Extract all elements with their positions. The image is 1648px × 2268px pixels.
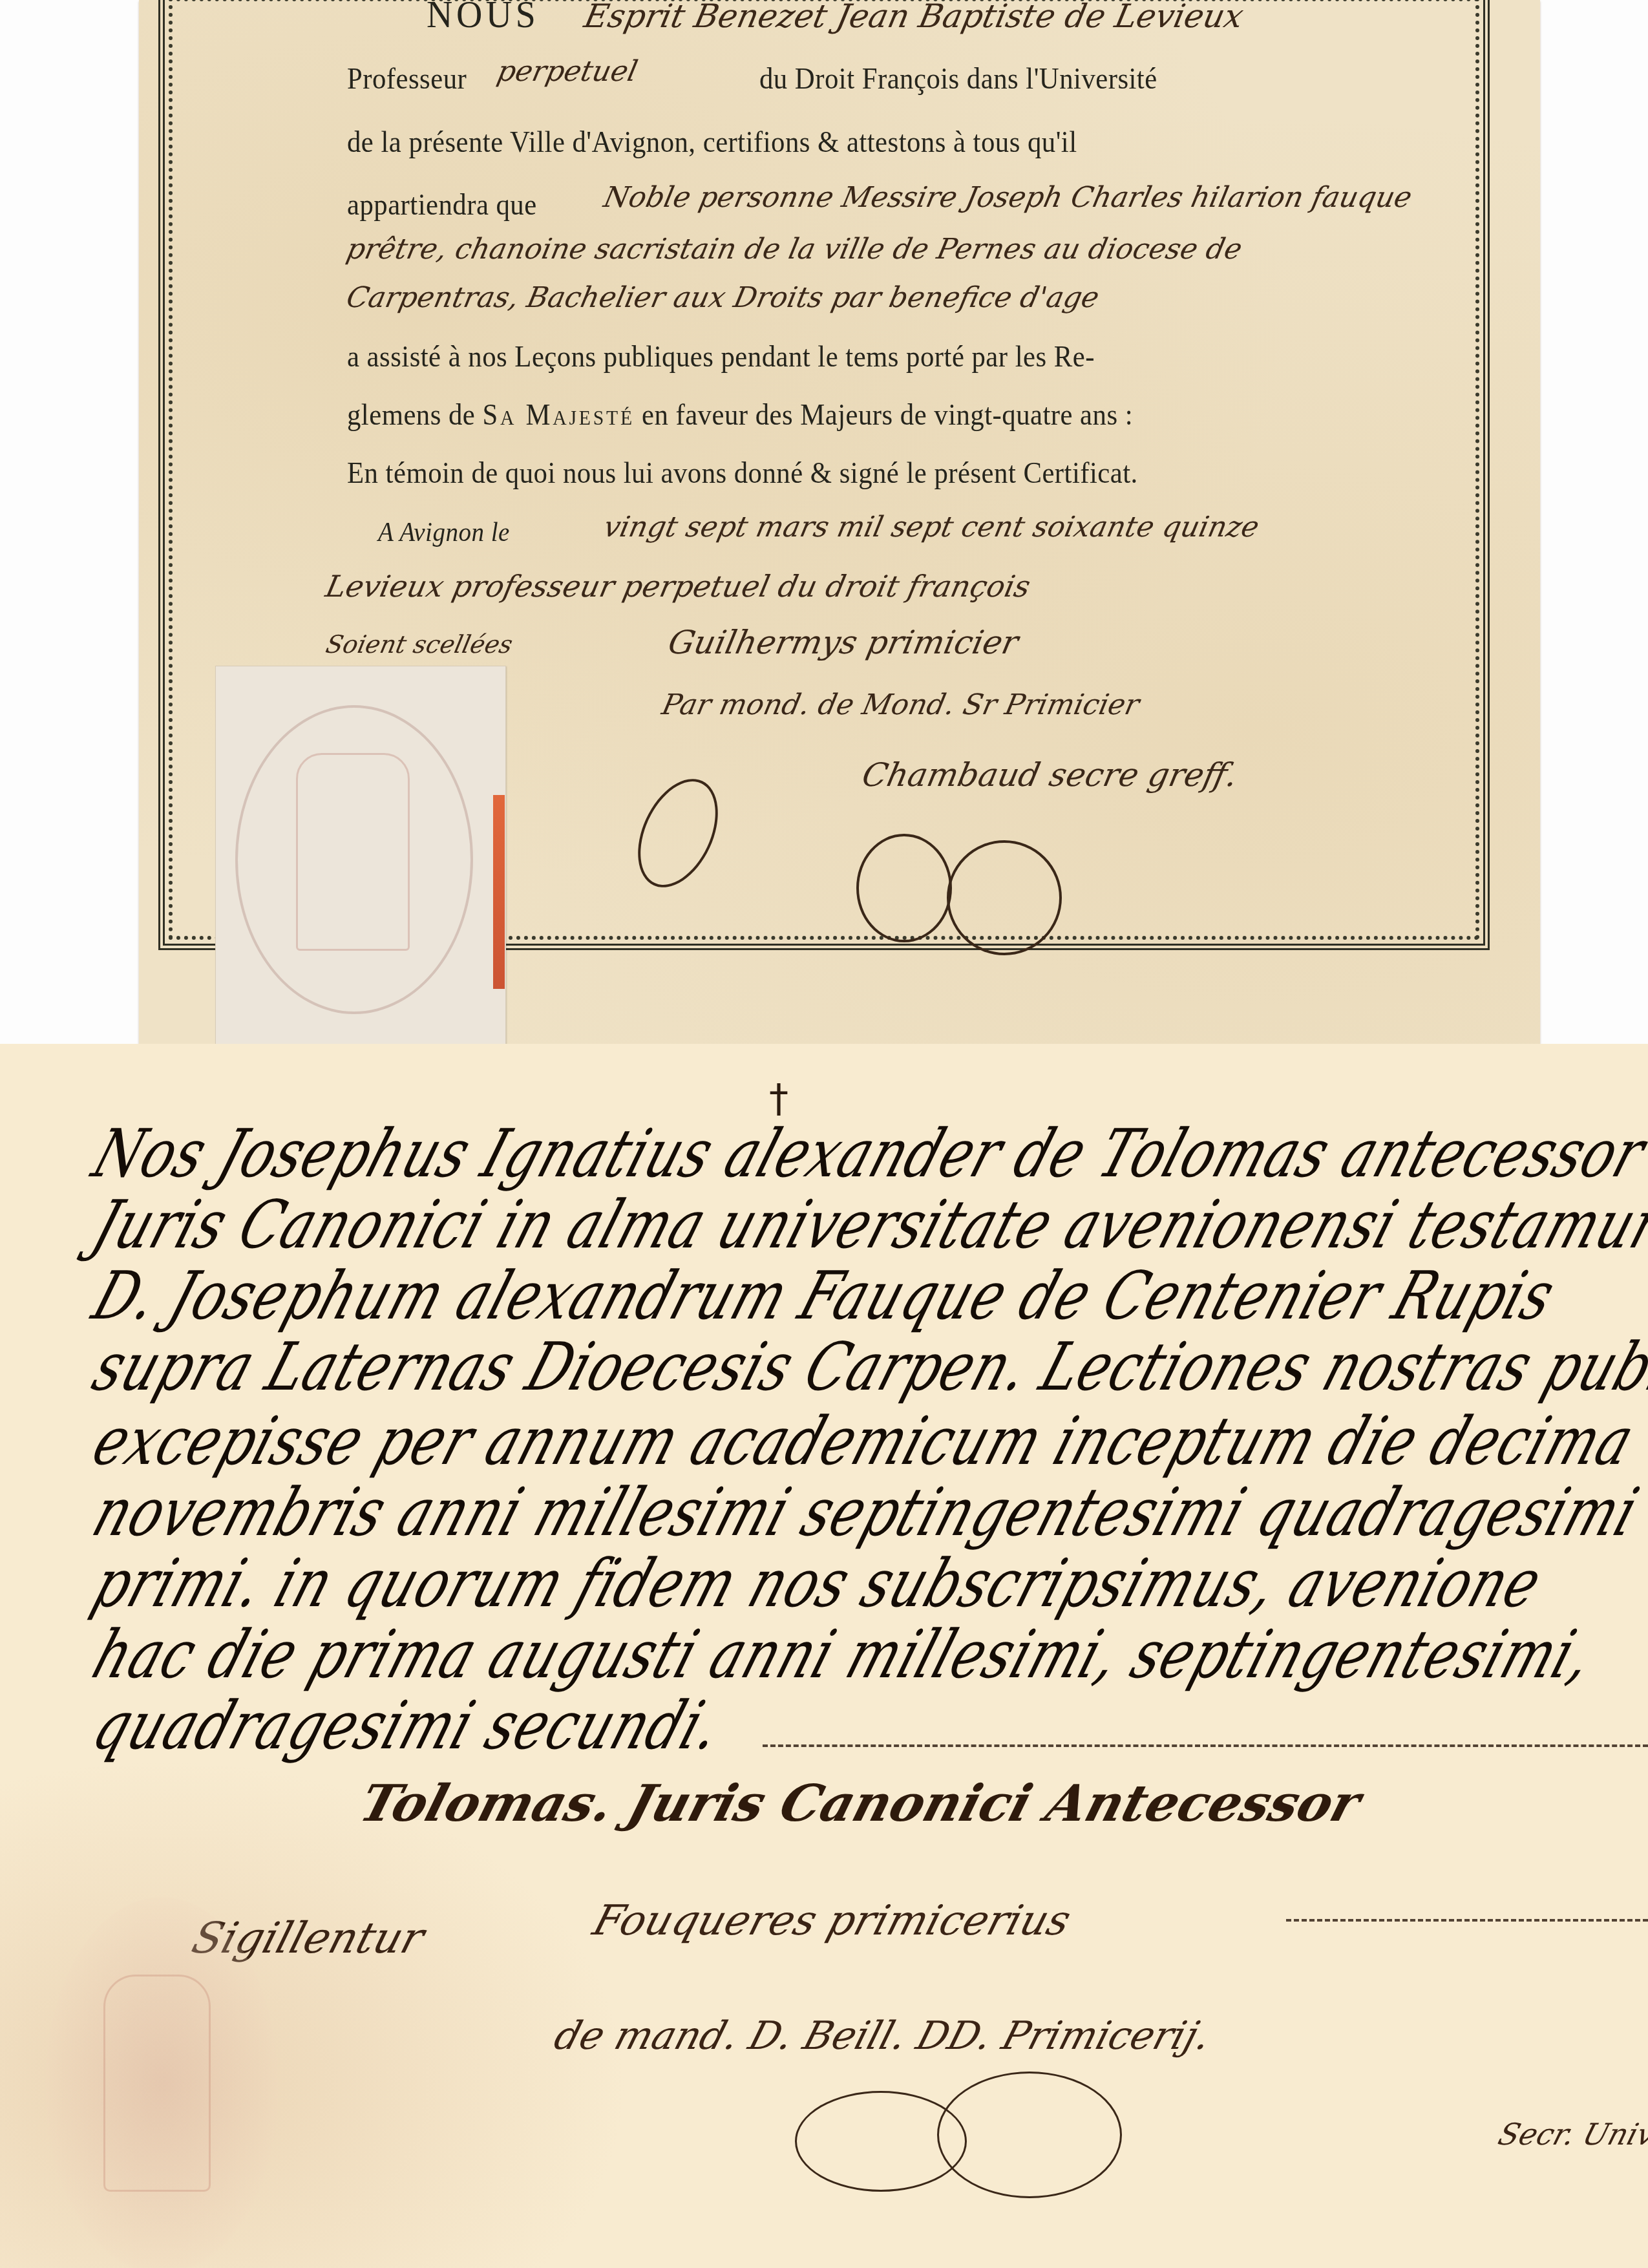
printed-line-8: En témoin de quoi nous lui avons donné &…	[347, 456, 1138, 490]
latin-line-9: quadragesimi secundi.	[84, 1688, 731, 1765]
signature-levieux: Levieux professeur perpetuel du droit fr…	[322, 569, 1033, 604]
line-filler-flourish	[1286, 1916, 1648, 1922]
handwritten-professor-name: Esprit Benezet Jean Baptiste de Levieux	[581, 0, 1247, 35]
signature-guilhermys: Guilhermys primicier	[665, 624, 1022, 661]
handwritten-line-4: prêtre, chanoine sacristain de la ville …	[344, 233, 1245, 266]
latin-line-4: supra Laternas Dioecesis Carpen. Lection…	[84, 1329, 1648, 1406]
note-de-mandato: de mand. D. Beill. DD. Primicerij.	[549, 2013, 1216, 2059]
note-secretary: Secr. Univ.	[1494, 2117, 1648, 2152]
latin-line-7: primi. in quorum fidem nos subscripsimus…	[84, 1545, 1551, 1622]
upper-certificate: NOUS Esprit Benezet Jean Baptiste de Lev…	[139, 0, 1540, 1046]
latin-line-2: Juris Canonici in alma universitate aven…	[84, 1187, 1648, 1264]
printed-line-7a: glemens de	[347, 398, 475, 431]
latin-line-8: hac die prima augusti anni millesimi, se…	[84, 1616, 1602, 1693]
note-soient-scellees: Soient scellées	[323, 630, 515, 659]
line-filler-flourish	[763, 1742, 1648, 1747]
signature-tolomas: Tolomas. Juris Canonici Antecessor	[354, 1774, 1368, 1833]
handwritten-line-3: Noble personne Messire Joseph Charles hi…	[601, 181, 1415, 214]
note-par-mondit-primicier: Par mond. de Mond. Sr Primicier	[659, 688, 1143, 721]
cross-mark-icon: †	[769, 1076, 788, 1121]
latin-line-1: Nos Josephus Ignatius alexander de Tolom…	[84, 1116, 1648, 1192]
printed-line-2: de la présente Ville d'Avignon, certifio…	[347, 125, 1077, 159]
latin-line-3: D. Josephum alexandrum Fauque de Centeni…	[84, 1258, 1564, 1335]
printed-line-7b: en faveur des Majeurs de vingt-quatre an…	[642, 398, 1133, 431]
latin-line-5: excepisse per annum academicum inceptum …	[84, 1403, 1643, 1480]
handwritten-date: vingt sept mars mil sept cent soixante q…	[601, 511, 1262, 544]
latin-line-6: novembris anni millesimi septingentesimi…	[84, 1474, 1647, 1551]
printed-line-3: appartiendra que	[347, 187, 537, 222]
handwritten-line-5: Carpentras, Bachelier aux Droits par ben…	[344, 281, 1103, 314]
paraph-loop-icon	[856, 834, 952, 942]
lower-certificate: † Nos Josephus Ignatius alexander de Tol…	[0, 1044, 1648, 2268]
paraph-loop-icon	[947, 840, 1062, 955]
handwritten-line-1: perpetuel	[494, 55, 640, 88]
paper-seal	[215, 666, 506, 1048]
embossed-seal-icon	[235, 705, 473, 1014]
printed-date-prefix: A Avignon le	[378, 517, 510, 548]
paraph-flourish-icon	[937, 2072, 1122, 2198]
embossed-seal-icon	[45, 1897, 278, 2268]
printed-line-7: glemens de Sa Majesté en faveur des Maje…	[347, 397, 1133, 432]
signature-primicerius: Fouqueres primicerius	[587, 1897, 1076, 1945]
signature-chambaud: Chambaud secre greff.	[859, 756, 1241, 794]
printed-heading: NOUS	[427, 0, 539, 37]
printed-line-1a: Professeur	[347, 61, 467, 96]
printed-line-6: a assisté à nos Leçons publiques pendant…	[347, 339, 1095, 374]
red-wax-strip	[493, 795, 505, 989]
printed-sa-majeste: Sa Majesté	[482, 398, 634, 431]
printed-line-1b: du Droit François dans l'Université	[759, 61, 1157, 96]
